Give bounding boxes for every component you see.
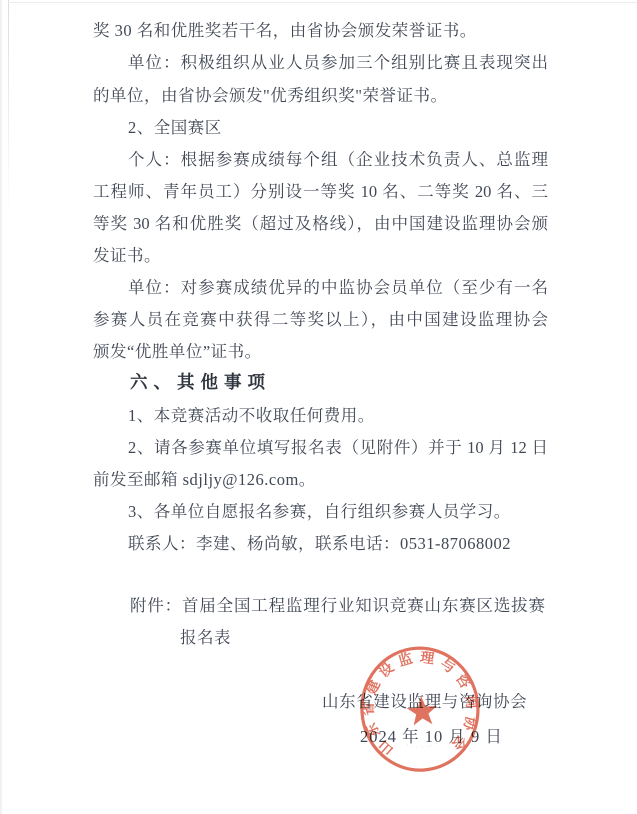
doc-line: 1、本竞赛活动不收取任何费用。	[128, 405, 375, 426]
section-heading: 六、其他事项	[130, 372, 271, 393]
doc-line: 等奖 30 名和优胜奖（超过及格线），由中国建设监理协会颁	[93, 213, 548, 234]
doc-line-contact: 联系人：李建、杨尚敏，联系电话：0531-87068002	[128, 533, 511, 554]
doc-line: 奖 30 名和优胜奖若干名，由省协会颁发荣誉证书。	[93, 20, 477, 41]
attachment-line: 附件：首届全国工程监理行业知识竞赛山东赛区选拔赛	[130, 595, 545, 616]
star-icon	[406, 695, 438, 726]
doc-line: 颁发“优胜单位”证书。	[93, 341, 262, 362]
doc-line: 发证书。	[93, 245, 161, 266]
seal-bottom-marks-wrap: · ·· · ·· ·	[405, 741, 440, 753]
doc-line: 3、各单位自愿报名参赛，自行组织参赛人员学习。	[128, 501, 511, 522]
scan-left-edge	[0, 0, 2, 814]
doc-line: 参赛人员在竞赛中获得二等奖以上），由中国建设监理协会	[93, 309, 548, 330]
page-edge-line-horizontal	[8, 2, 637, 3]
document-page: 奖 30 名和优胜奖若干名，由省协会颁发荣誉证书。 单位：积极组织从业人员参加三…	[0, 0, 637, 814]
doc-line: 单位：积极组织从业人员参加三个组别比赛且表现突出	[128, 52, 548, 73]
doc-line: 个人：根据参赛成绩每个组（企业技术负责人、总监理	[128, 149, 548, 170]
attachment-line-2: 报名表	[180, 627, 231, 648]
doc-line: 2、请各参赛单位填写报名表（见附件）并于 10 月 12 日	[128, 437, 548, 458]
seal-bottom-marks: · ·· · ·· ·	[405, 741, 440, 753]
doc-line: 工程师、青年员工）分别设一等奖 10 名、二等奖 20 名、三	[93, 181, 548, 202]
doc-line: 单位：对参赛成绩优异的中监协会员单位（至少有一名	[128, 277, 548, 298]
doc-line-email: 前发至邮箱 sdjljy@126.com。	[93, 469, 316, 490]
doc-line: 2、全国赛区	[128, 117, 222, 138]
doc-line: 的单位，由省协会颁发"优秀组织奖"荣誉证书。	[93, 85, 447, 106]
official-seal-stamp: 山东省建设监理与咨询协会 · ·· · ·· ·	[353, 640, 492, 781]
page-edge-line-vertical	[8, 0, 9, 220]
